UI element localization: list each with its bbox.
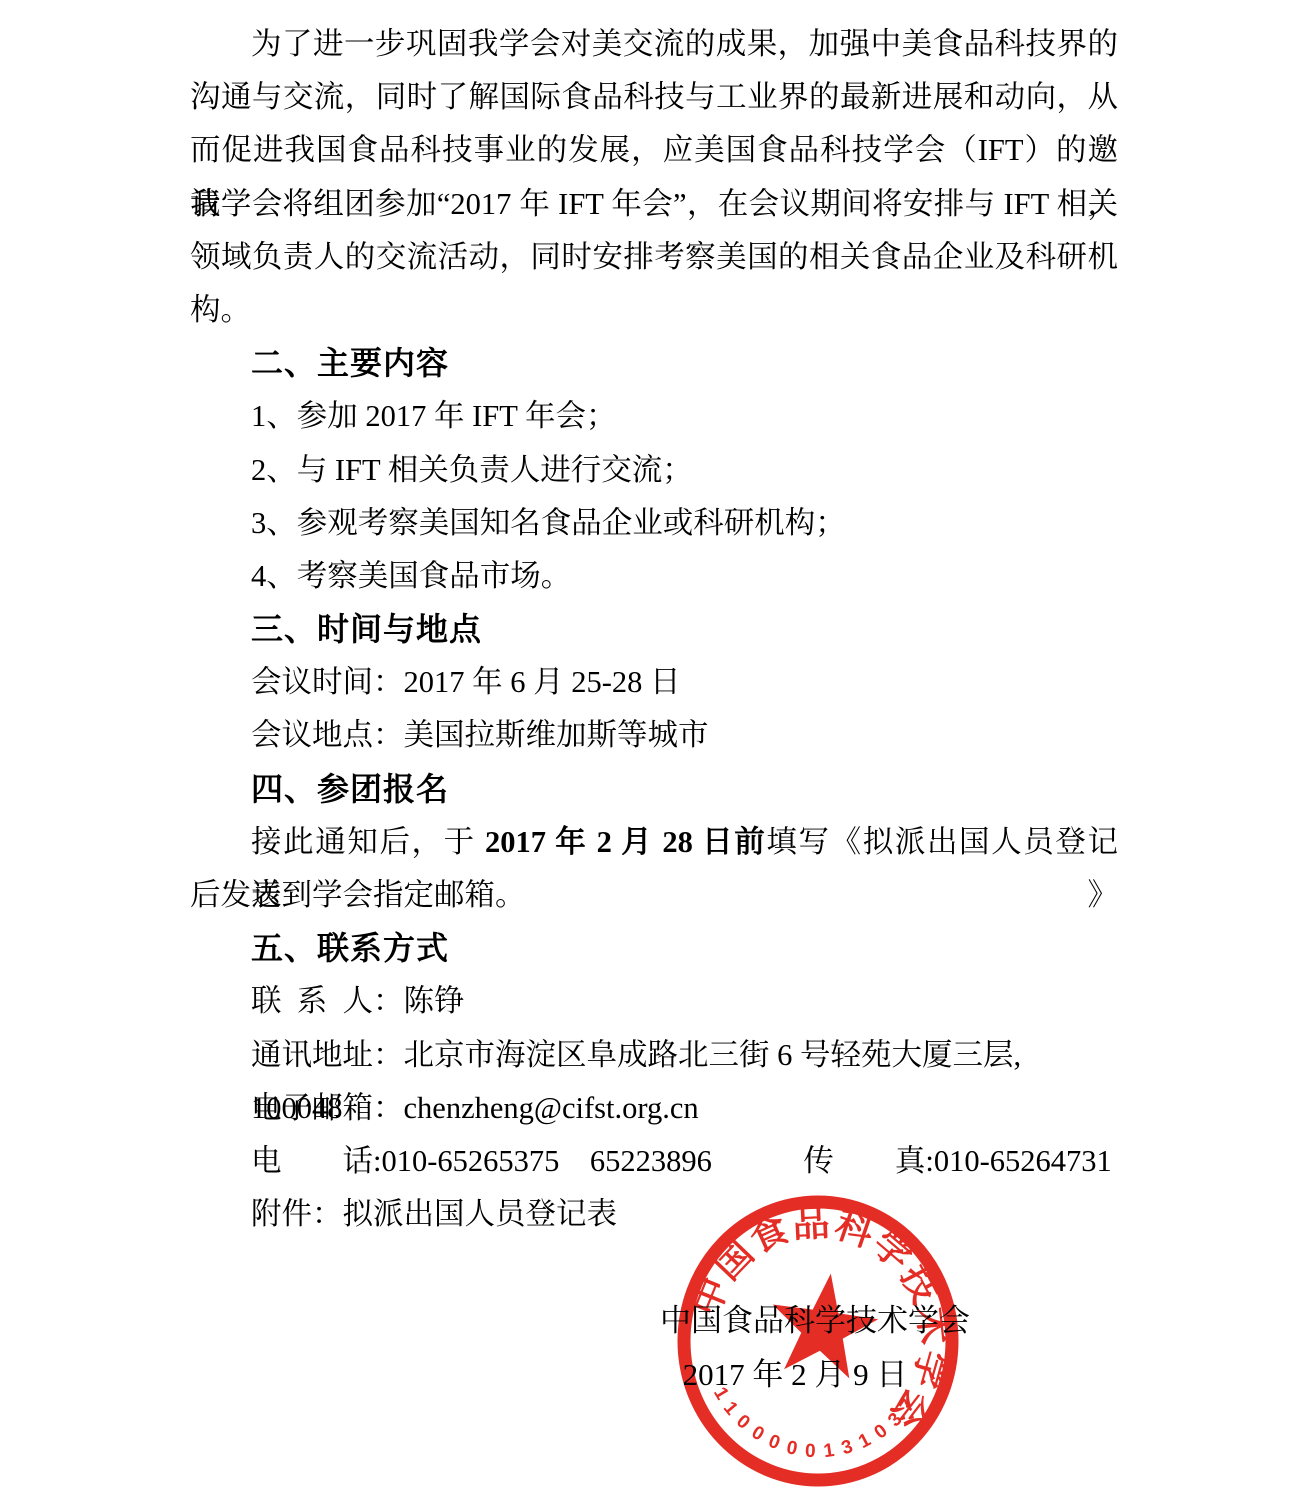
contact-email: 电子邮箱：chenzheng@cifst.org.cn [190,1082,1118,1135]
intro-line-6: 构。 [190,284,1118,337]
seal-star [773,1274,879,1379]
registration-line-1: 接此通知后，于 2017 年 2 月 28 日前填写《拟派出国人员登记表》 [190,816,1118,869]
section-3-heading: 三、时间与地点 [190,603,1118,656]
intro-line-1: 为了进一步巩固我学会对美交流的成果，加强中美食品科技界的 [190,18,1118,71]
intro-line-4: 我学会将组团参加“2017 年 IFT 年会”，在会议期间将安排与 IFT 相关 [190,178,1118,231]
intro-line-5: 领域负责人的交流活动，同时安排考察美国的相关食品企业及科研机 [190,231,1118,284]
section-5-heading: 五、联系方式 [190,922,1118,975]
document-page: 为了进一步巩固我学会对美交流的成果，加强中美食品科技界的 沟通与交流，同时了解国… [0,0,1300,1495]
section-2-item-4: 4、考察美国食品市场。 [190,550,1118,603]
section-2-heading: 二、主要内容 [190,337,1118,390]
contact-phone-fax: 电 话:010-65265375 65223896 传 真:010-652647… [190,1135,1118,1188]
contact-person: 联 系 人：陈铮 [190,975,1118,1028]
section-2-item-2: 2、与 IFT 相关负责人进行交流； [190,444,1118,497]
official-seal: 中国食品科学技术学会 1100000131037 [677,1195,959,1487]
intro-line-3: 而促进我国食品科技事业的发展，应美国食品科技学会（IFT）的邀请， [190,124,1118,177]
meeting-place: 会议地点：美国拉斯维加斯等城市 [190,709,1118,762]
intro-line-2: 沟通与交流，同时了解国际食品科技与工业界的最新进展和动向，从 [190,71,1118,124]
registration-pre: 接此通知后，于 [251,825,485,859]
section-2-item-1: 1、参加 2017 年 IFT 年会； [190,390,1118,443]
attachment-note: 附件：拟派出国人员登记表 [190,1188,1118,1241]
document-body: 为了进一步巩固我学会对美交流的成果，加强中美食品科技界的 沟通与交流，同时了解国… [190,18,1118,1241]
contact-address: 通讯地址：北京市海淀区阜成路北三街 6 号轻苑大厦三层, 100048 [190,1029,1118,1082]
section-4-heading: 四、参团报名 [190,763,1118,816]
meeting-time: 会议时间：2017 年 6 月 25-28 日 [190,656,1118,709]
section-2-item-3: 3、参观考察美国知名食品企业或科研机构； [190,497,1118,550]
registration-deadline: 2017 年 2 月 28 日前 [485,825,766,859]
